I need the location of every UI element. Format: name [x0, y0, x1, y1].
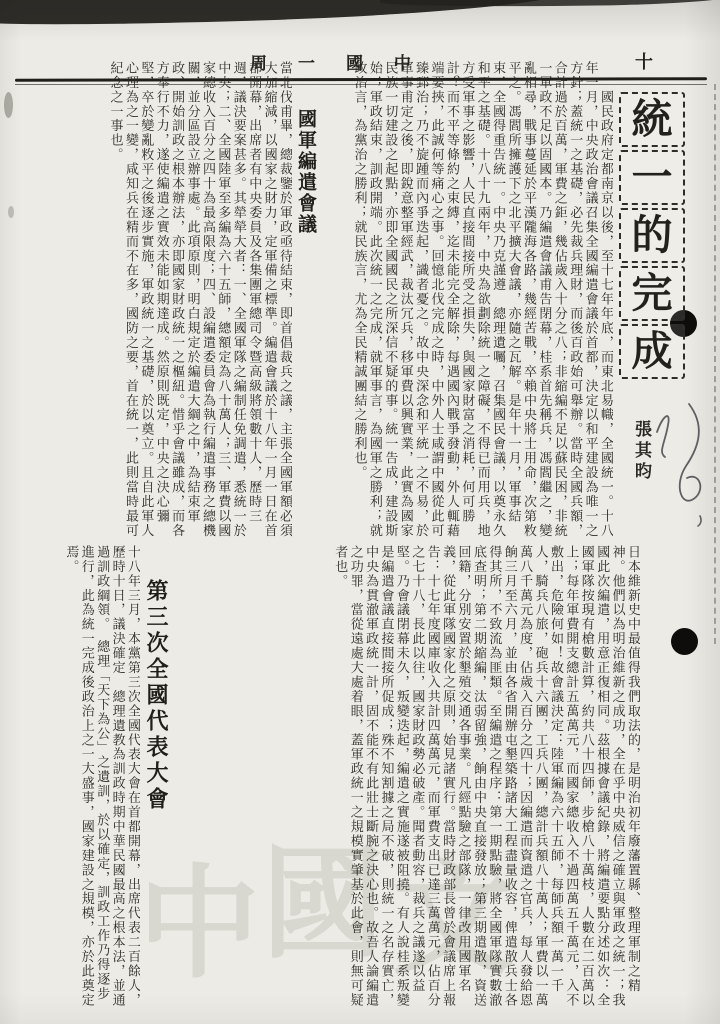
title-char-box: 一: [619, 150, 685, 205]
article-intro-text: 國民政府定都南京以後，至十七年年底，而東北易幟，全國統一。十八年一月，中央政治會…: [319, 61, 613, 542]
section-heading-2: 第三次全國代表大會: [140, 545, 171, 1013]
binding-perforation-line: [714, 84, 716, 644]
title-char-box: 的: [619, 208, 685, 263]
page-number: 十: [635, 48, 653, 74]
title-char-box: 完: [619, 266, 685, 321]
registration-dot-bottom: [671, 628, 698, 655]
title-char-box: 統: [619, 92, 685, 147]
article-bottom-half: 日本維新史中最值得我們取法的，是明治初年廢藩置縣、整理軍制之精神。他們以為明治維…: [55, 545, 640, 1013]
section-heading-1: 國軍編遣會議: [292, 61, 319, 542]
handwritten-mark: [644, 398, 716, 547]
title-char: 完: [632, 273, 673, 314]
article-top-half: 國民政府定都南京以後，至十七年年底，而東北易幟，全國統一。十八年一月，中央政治會…: [36, 61, 613, 542]
scan-smudge: [8, 206, 14, 218]
handwritten-mark-strokes: [644, 398, 716, 543]
section-1-text-bottom: 日本維新史中最值得我們取法的，是明治初年廢藩置縣、整理軍制之精神。他們以為明治維…: [171, 545, 640, 1013]
title-char: 統: [632, 99, 673, 140]
scan-smudge: [4, 92, 13, 118]
title-char: 的: [632, 215, 673, 256]
title-char: 一: [632, 157, 673, 198]
section-1-text-top: 當北伐甫畢，總裁鑒於軍政亟待結束，即首倡裁兵之議，主張全國軍額必須大加縮減，以國…: [36, 61, 292, 542]
article-title: 統 一 的 完 成: [619, 92, 685, 382]
scanned-page: 中 國 文 周一國中 十 統 一 的 完 成 張其昀 國民政府定都南京以後，至十…: [0, 0, 720, 1024]
section-2-text: 十八年三月，本黨第三次全國代表大會在首都開幕，出席代表二百餘人，歷時十日，議決確…: [55, 545, 140, 1013]
title-char-box: 成: [619, 324, 685, 379]
title-char: 成: [632, 331, 673, 372]
